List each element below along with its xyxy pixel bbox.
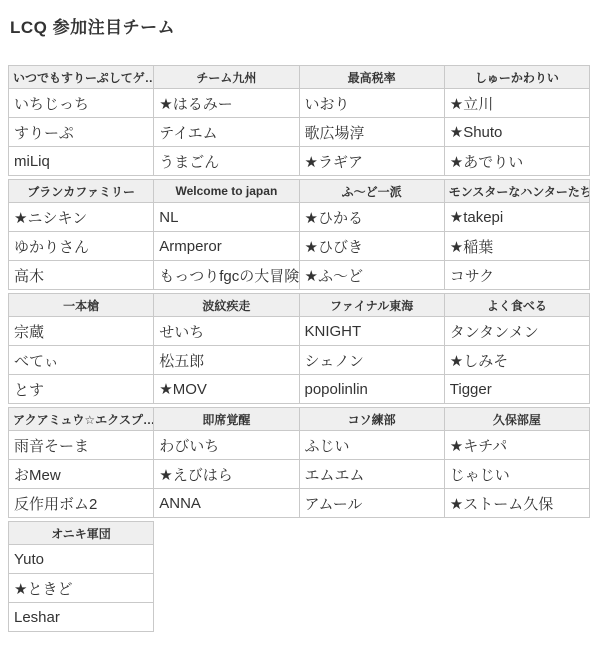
player-row: miLiqうまごん★ラギア★あでりい: [9, 147, 590, 176]
player-cell: いちじっち: [9, 89, 154, 118]
player-cell: 宗蔵: [9, 317, 154, 346]
team-name-header: しゅーかわりい: [444, 66, 589, 89]
player-cell: おMew: [9, 460, 154, 489]
team-header-row: オニキ軍団: [9, 522, 154, 545]
team-header-row: ブランカファミリーWelcome to japanふ〜ど一派モンスターなハンター…: [9, 180, 590, 203]
player-cell: とす: [9, 375, 154, 404]
player-row: 反作用ボム2ANNAアムール★ストーム久保: [9, 489, 590, 518]
team-name-header: 久保部屋: [444, 408, 589, 431]
player-cell: うまごん: [154, 147, 299, 176]
player-cell: ゆかりさん: [9, 232, 154, 261]
player-row: 雨音そーまわびいちふじい★キチパ: [9, 431, 590, 460]
player-row: 高木もっつりfgcの大冒険★ふ〜どコサク: [9, 261, 590, 290]
player-cell: 雨音そーま: [9, 431, 154, 460]
player-cell: ★ラギア: [299, 147, 444, 176]
team-group-table: ブランカファミリーWelcome to japanふ〜ど一派モンスターなハンター…: [8, 179, 590, 290]
team-tables-container: いつでもすりーぷしてゲ…チーム九州最高税率しゅーかわりいいちじっち★はるみーいお…: [8, 65, 597, 632]
page: LCQ 参加注目チーム いつでもすりーぷしてゲ…チーム九州最高税率しゅーかわりい…: [0, 0, 597, 651]
player-row: すりーぷテイエム歌広場淳★Shuto: [9, 118, 590, 147]
player-cell: ふじい: [299, 431, 444, 460]
player-cell: ★ときど: [9, 574, 154, 603]
page-title: LCQ 参加注目チーム: [10, 13, 597, 38]
team-header-row: いつでもすりーぷしてゲ…チーム九州最高税率しゅーかわりい: [9, 66, 590, 89]
player-cell: Leshar: [9, 603, 154, 632]
player-row: 宗蔵せいちKNIGHTタンタンメン: [9, 317, 590, 346]
player-row: おMew★えびはらエムエムじゃじい: [9, 460, 590, 489]
team-name-header: コソ練部: [299, 408, 444, 431]
player-cell: ★ひかる: [299, 203, 444, 232]
player-cell: エムエム: [299, 460, 444, 489]
team-group-table: いつでもすりーぷしてゲ…チーム九州最高税率しゅーかわりいいちじっち★はるみーいお…: [8, 65, 590, 176]
player-cell: いおり: [299, 89, 444, 118]
player-cell: もっつりfgcの大冒険: [154, 261, 299, 290]
team-name-header: ブランカファミリー: [9, 180, 154, 203]
player-row: ★ニシキンNL★ひかる★takepi: [9, 203, 590, 232]
player-cell: ★takepi: [444, 203, 589, 232]
player-cell: ★あでりい: [444, 147, 589, 176]
player-cell: popolinlin: [299, 375, 444, 404]
player-cell: ★Shuto: [444, 118, 589, 147]
player-cell: ★えびはら: [154, 460, 299, 489]
player-row: ★ときど: [9, 574, 154, 603]
player-row: Leshar: [9, 603, 154, 632]
player-cell: ★ストーム久保: [444, 489, 589, 518]
player-cell: KNIGHT: [299, 317, 444, 346]
player-cell: アムール: [299, 489, 444, 518]
player-cell: べてぃ: [9, 346, 154, 375]
player-cell: ★しみそ: [444, 346, 589, 375]
player-cell: ★ひびき: [299, 232, 444, 261]
player-cell: NL: [154, 203, 299, 232]
team-name-header: 一本槍: [9, 294, 154, 317]
team-group-table: アクアミュウ☆エクスプ…即席覚醒コソ練部久保部屋雨音そーまわびいちふじい★キチパ…: [8, 407, 590, 518]
player-cell: ★キチパ: [444, 431, 589, 460]
player-cell: ★ニシキン: [9, 203, 154, 232]
team-header-row: 一本槍波紋疾走ファイナル東海よく食べる: [9, 294, 590, 317]
player-cell: わびいち: [154, 431, 299, 460]
player-cell: すりーぷ: [9, 118, 154, 147]
team-name-header: モンスターなハンターたち: [444, 180, 589, 203]
team-name-header: Welcome to japan: [154, 180, 299, 203]
player-cell: せいち: [154, 317, 299, 346]
player-cell: Yuto: [9, 545, 154, 574]
team-name-header: ファイナル東海: [299, 294, 444, 317]
player-cell: 高木: [9, 261, 154, 290]
player-cell: ★はるみー: [154, 89, 299, 118]
team-name-header: チーム九州: [154, 66, 299, 89]
player-cell: ★立川: [444, 89, 589, 118]
player-cell: じゃじい: [444, 460, 589, 489]
player-cell: Tigger: [444, 375, 589, 404]
player-cell: 松五郎: [154, 346, 299, 375]
player-row: べてぃ松五郎シェノン★しみそ: [9, 346, 590, 375]
player-row: いちじっち★はるみーいおり★立川: [9, 89, 590, 118]
player-row: ゆかりさんArmperor★ひびき★稲葉: [9, 232, 590, 261]
team-group-table: 一本槍波紋疾走ファイナル東海よく食べる宗蔵せいちKNIGHTタンタンメンべてぃ松…: [8, 293, 590, 404]
team-name-header: 最高税率: [299, 66, 444, 89]
player-cell: コサク: [444, 261, 589, 290]
team-name-header: 即席覚醒: [154, 408, 299, 431]
player-row: とす★MOVpopolinlinTigger: [9, 375, 590, 404]
player-row: Yuto: [9, 545, 154, 574]
player-cell: ANNA: [154, 489, 299, 518]
player-cell: シェノン: [299, 346, 444, 375]
player-cell: 歌広場淳: [299, 118, 444, 147]
team-name-header: ふ〜ど一派: [299, 180, 444, 203]
team-name-header: アクアミュウ☆エクスプ…: [9, 408, 154, 431]
team-group-table: オニキ軍団Yuto★ときどLeshar: [8, 521, 154, 632]
team-header-row: アクアミュウ☆エクスプ…即席覚醒コソ練部久保部屋: [9, 408, 590, 431]
player-cell: ★稲葉: [444, 232, 589, 261]
player-cell: Armperor: [154, 232, 299, 261]
player-cell: 反作用ボム2: [9, 489, 154, 518]
team-name-header: いつでもすりーぷしてゲ…: [9, 66, 154, 89]
player-cell: タンタンメン: [444, 317, 589, 346]
team-name-header: よく食べる: [444, 294, 589, 317]
team-name-header: オニキ軍団: [9, 522, 154, 545]
player-cell: ★ふ〜ど: [299, 261, 444, 290]
team-name-header: 波紋疾走: [154, 294, 299, 317]
player-cell: miLiq: [9, 147, 154, 176]
player-cell: ★MOV: [154, 375, 299, 404]
player-cell: テイエム: [154, 118, 299, 147]
